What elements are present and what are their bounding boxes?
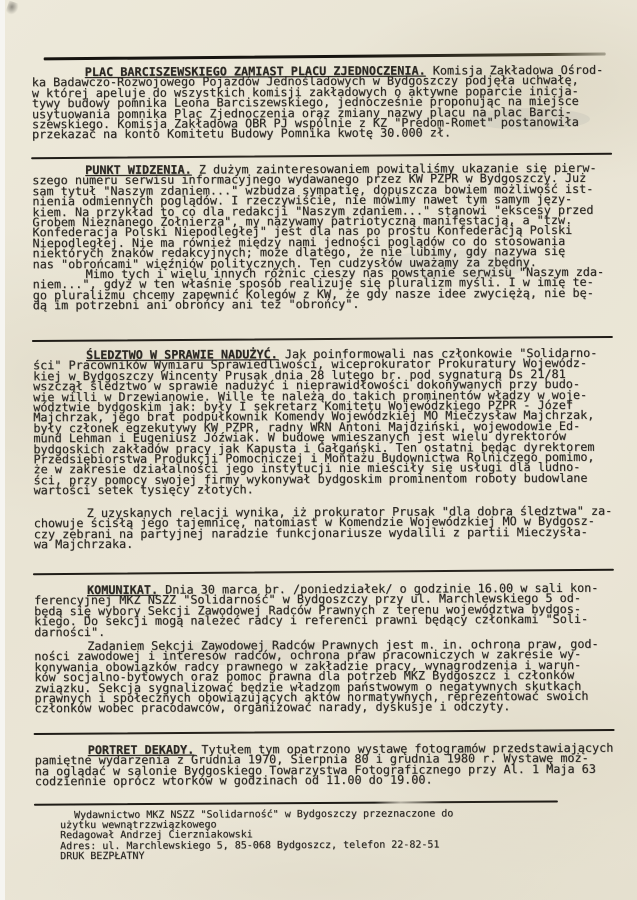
bulletin-page: PLAC BARCISZEWSKIEGO ZAMIAST PLACU ZJEDN… (0, 0, 637, 900)
section-body: Z dużym zainteresowaniem powitaliśmy uka… (32, 161, 596, 271)
article-paragraph: Z uzyskanych relacji wynika, iż prokurat… (34, 505, 628, 549)
article-plac-barciszewskiego: PLAC BARCISZEWSKIEGO ZAMIAST PLACU ZJEDN… (32, 65, 626, 140)
article-paragraph: ŚLEDZTWO W SPRAWIE NADUŻYĆ. Jak poinform… (33, 348, 628, 496)
article-komunikat: KOMUNIKAT. Dnia 30 marca br. /poniedział… (34, 583, 629, 714)
section-divider (32, 336, 613, 342)
section-divider (31, 153, 612, 160)
article-paragraph: PUNKT WIDZENIA. Z dużym zainteresowaniem… (32, 163, 626, 270)
article-paragraph: PLAC BARCISZEWSKIEGO ZAMIAST PLACU ZJEDN… (32, 65, 626, 140)
section-body: Jak poinformowali nas członkowie "Solida… (33, 346, 597, 498)
article-punkt-widzenia: PUNKT WIDZENIA. Z dużym zainteresowaniem… (32, 163, 627, 311)
article-paragraph: KOMUNIKAT. Dnia 30 marca br. /poniedział… (34, 583, 628, 638)
section-divider (33, 569, 614, 576)
footer-divider (34, 801, 558, 806)
section-divider (34, 729, 615, 735)
article-portret-dekady: PORTRET DEKADY. Tytułem tym opatrzono wy… (35, 743, 629, 787)
imprint-text: Wydawnictwo MKZ NSZZ "Solidarność" w Byd… (60, 809, 600, 862)
article-paragraph: Zadaniem Sekcji Zawodowej Radców Prawnyc… (34, 639, 628, 714)
section-body: Komisja Zakładowa Ośrod- ka Badawczo-Roz… (32, 63, 603, 142)
top-rule (44, 53, 606, 61)
article-sledztwo: ŚLEDZTWO W SPRAWIE NADUŻYĆ. Jak poinform… (33, 348, 628, 550)
article-paragraph: Mimo tych i wielu innych różnic cieszy n… (33, 267, 627, 311)
article-paragraph: PORTRET DEKADY. Tytułem tym opatrzono wy… (35, 743, 629, 787)
imprint-block: Wydawnictwo MKZ NSZZ "Solidarność" w Byd… (60, 809, 600, 862)
